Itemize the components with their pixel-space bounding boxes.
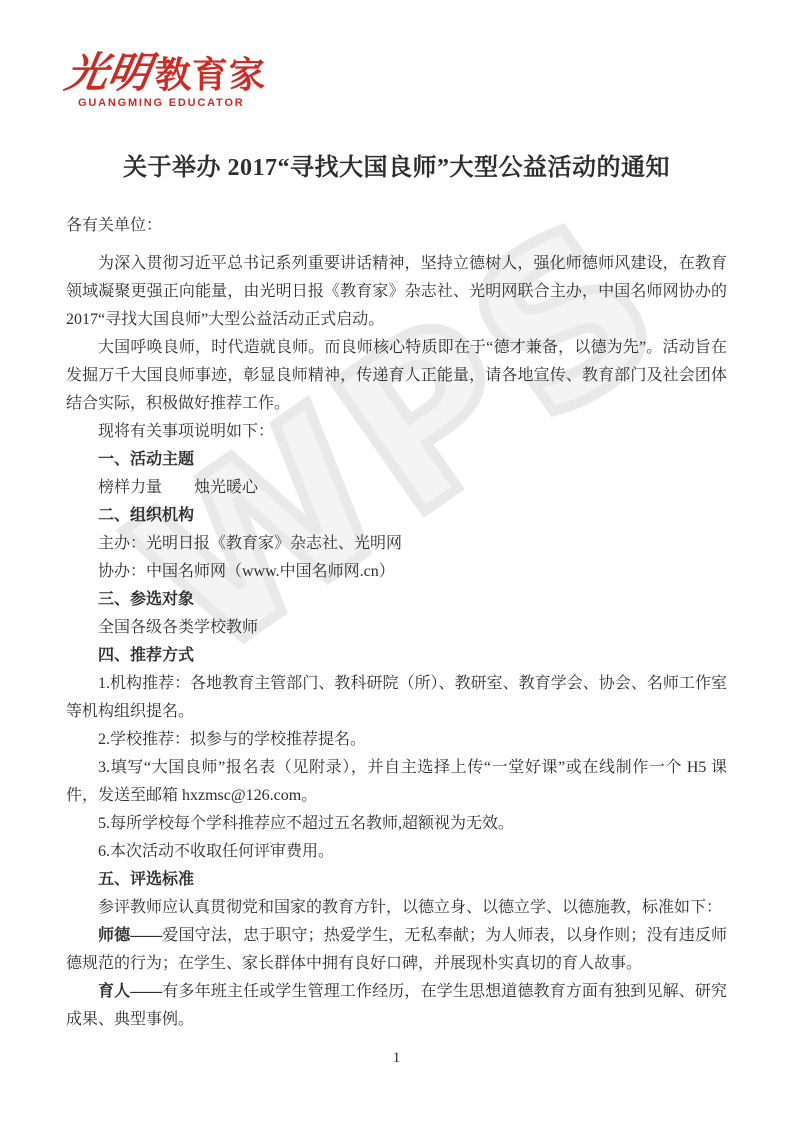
document-title: 关于举办 2017“寻找大国良师”大型公益活动的通知 bbox=[66, 147, 727, 182]
logo-subtitle: GUANGMING EDUCATOR bbox=[78, 97, 727, 109]
section-heading-2: 二、组织机构 bbox=[66, 502, 727, 530]
logo-bold-text: 教育家 bbox=[155, 58, 266, 94]
section-2-host-line: 主办：光明日报《教育家》杂志社、光明网 bbox=[66, 530, 727, 558]
criteria-yuren-text: 有多年班主任或学生管理工作经历，在学生思想道德教育方面有独到见解、研究成果、典型… bbox=[66, 983, 727, 1028]
section-3-line: 全国各级各类学校教师 bbox=[66, 614, 727, 642]
list-item-1: 1.机构推荐：各地教育主管部门、教科研院（所）、教研室、教育学会、协会、名师工作… bbox=[66, 670, 727, 726]
section-heading-3: 三、参选对象 bbox=[66, 586, 727, 614]
criteria-shide: 师德——爱国守法，忠于职守；热爱学生，无私奉献；为人师表，以身作则；没有违反师德… bbox=[66, 922, 727, 978]
section-heading-4: 四、推荐方式 bbox=[66, 642, 727, 670]
list-item-6: 6.本次活动不收取任何评审费用。 bbox=[66, 838, 727, 866]
guangming-educator-logo: 光明 教育家 GUANGMING EDUCATOR bbox=[66, 0, 727, 109]
section-1-line: 榜样力量 烛光暖心 bbox=[66, 474, 727, 502]
section-2-cohost-line: 协办：中国名师网（www.中国名师网.cn） bbox=[66, 558, 727, 586]
document-content: 光明 教育家 GUANGMING EDUCATOR 关于举办 2017“寻找大国… bbox=[0, 0, 793, 1034]
intro-paragraph-3: 现将有关事项说明如下： bbox=[66, 418, 727, 446]
document-page: WPS 光明 教育家 GUANGMING EDUCATOR 关于举办 2017“… bbox=[0, 0, 793, 1122]
section-heading-1: 一、活动主题 bbox=[66, 446, 727, 474]
logo-wordmark: 光明 教育家 bbox=[66, 52, 727, 94]
list-item-2: 2.学校推荐：拟参与的学校推荐提名。 bbox=[66, 726, 727, 754]
criteria-shide-text: 爱国守法，忠于职守；热爱学生，无私奉献；为人师表，以身作则；没有违反师德规范的行… bbox=[66, 927, 727, 972]
list-item-3: 3.填写“大国良师”报名表（见附录），并自主选择上传“一堂好课”或在线制作一个 … bbox=[66, 754, 727, 810]
logo-script-text: 光明 bbox=[62, 52, 153, 94]
list-item-5: 5.每所学校每个学科推荐应不超过五名教师,超额视为无效。 bbox=[66, 810, 727, 838]
criteria-shide-lead: 师德—— bbox=[98, 927, 162, 944]
page-number: 1 bbox=[0, 1050, 793, 1067]
criteria-yuren: 育人——有多年班主任或学生管理工作经历，在学生思想道德教育方面有独到见解、研究成… bbox=[66, 978, 727, 1034]
criteria-yuren-lead: 育人—— bbox=[98, 983, 162, 1000]
section-5-intro-line: 参评教师应认真贯彻党和国家的教育方针，以德立身、以德立学、以德施教，标准如下： bbox=[66, 894, 727, 922]
intro-paragraph-1: 为深入贯彻习近平总书记系列重要讲话精神，坚持立德树人，强化师德师风建设，在教育领… bbox=[66, 250, 727, 334]
document-body: 各有关单位： 为深入贯彻习近平总书记系列重要讲话精神，坚持立德树人，强化师德师风… bbox=[66, 212, 727, 1034]
section-heading-5: 五、评选标准 bbox=[66, 866, 727, 894]
intro-paragraph-2: 大国呼唤良师，时代造就良师。而良师核心特质即在于“德才兼备，以德为先”。活动旨在… bbox=[66, 334, 727, 418]
salutation: 各有关单位： bbox=[66, 212, 727, 240]
